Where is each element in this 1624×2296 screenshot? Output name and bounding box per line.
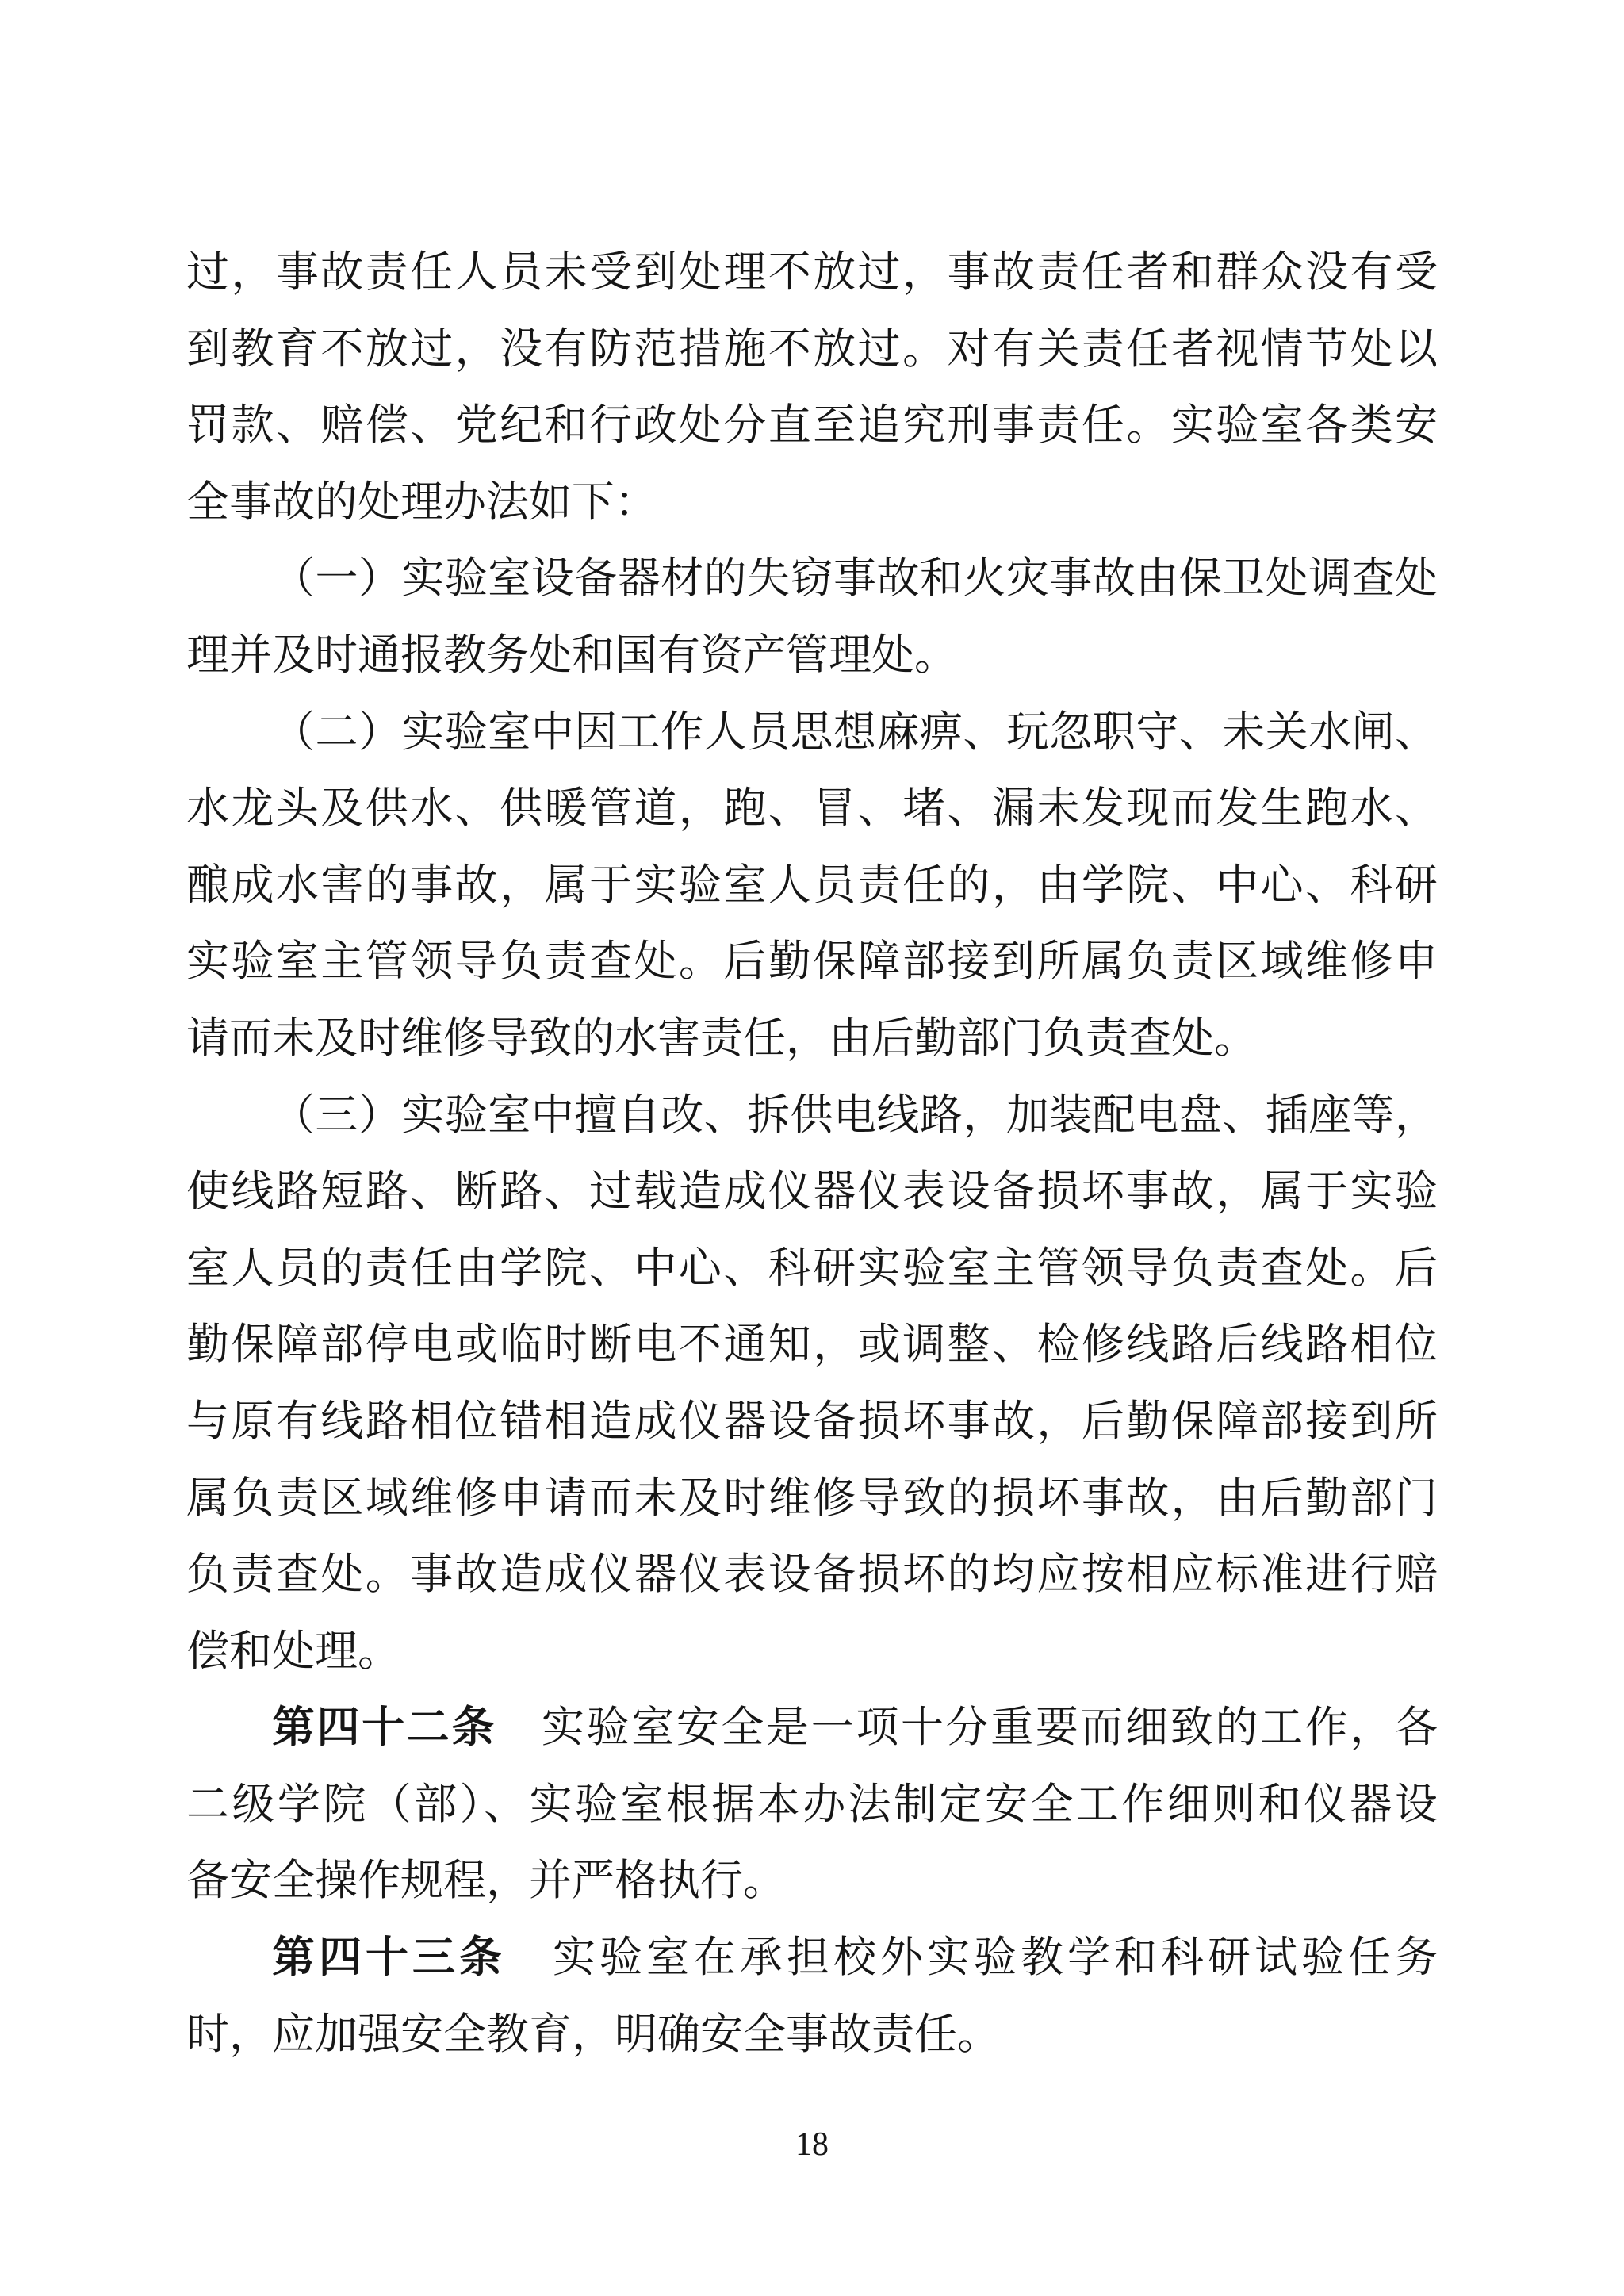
text-line: 室人员的责任由学院、中心、科研实验室主管领导负责查处。后 [186,1230,1438,1307]
text-line: 使线路短路、断路、过载造成仪器仪表设备损坏事故，属于实验 [186,1153,1438,1230]
page-number: 18 [0,2125,1624,2164]
text-line: 全事故的处理办法如下： [186,464,1438,541]
text-line: 理并及时通报教务处和国有资产管理处。 [186,617,1438,694]
text-run: 偿和处理。 [186,1627,400,1675]
text-line: 请而未及时维修导致的水害责任，由后勤部门负责查处。 [186,1000,1438,1077]
text-run: 水龙头及供水、供暖管道，跑、冒、堵、漏未发现而发生跑水、 [186,784,1438,832]
text-run: 勤保障部停电或临时断电不通知，或调整、检修线路后线路相位 [186,1320,1438,1368]
text-run: 使线路短路、断路、过载造成仪器仪表设备损坏事故，属于实验 [186,1167,1438,1215]
text-line: 属负责区域维修申请而未及时维修导致的损坏事故，由后勤部门 [186,1460,1438,1537]
text-line: （二）实验室中因工作人员思想麻痹、玩忽职守、未关水闸、 [186,694,1438,771]
text-run: （一）实验室设备器材的失窃事故和火灾事故由保卫处调查处 [272,554,1438,602]
text-run: 时，应加强安全教育，明确安全事故责任。 [186,2010,1000,2058]
text-line: 时，应加强安全教育，明确安全事故责任。 [186,1996,1438,2073]
text-run: 室人员的责任由学院、中心、科研实验室主管领导负责查处。后 [186,1244,1438,1292]
text-run: 属负责区域维修申请而未及时维修导致的损坏事故，由后勤部门 [186,1474,1438,1522]
text-line: （一）实验室设备器材的失窃事故和火灾事故由保卫处调查处 [186,540,1438,617]
text-line: （三）实验室中擅自改、拆供电线路，加装配电盘、插座等， [186,1077,1438,1154]
article-number: 第四十三条 [272,1934,506,1981]
text-run: 酿成水害的事故，属于实验室人员责任的，由学院、中心、科研 [186,861,1438,909]
text-run: 与原有线路相位错相造成仪器设备损坏事故，后勤保障部接到所 [186,1397,1438,1445]
text-line: 罚款、赔偿、党纪和行政处分直至追究刑事责任。实验室各类安 [186,387,1438,464]
article-number: 第四十二条 [272,1704,496,1751]
text-run: 过，事故责任人员未受到处理不放过，事故责任者和群众没有受 [186,248,1438,296]
text-line: 过，事故责任人员未受到处理不放过，事故责任者和群众没有受 [186,234,1438,311]
text-run: 实验室在承担校外实验教学和科研试验任务 [506,1934,1438,1981]
text-line: 负责查处。事故造成仪器仪表设备损坏的均应按相应标准进行赔 [186,1536,1438,1613]
text-line: 勤保障部停电或临时断电不通知，或调整、检修线路后线路相位 [186,1306,1438,1383]
text-run: 负责查处。事故造成仪器仪表设备损坏的均应按相应标准进行赔 [186,1550,1438,1598]
text-line: 实验室主管领导负责查处。后勤保障部接到所属负责区域维修申 [186,923,1438,1000]
text-line: 第四十二条 实验室安全是一项十分重要而细致的工作，各 [186,1689,1438,1766]
text-block: 过，事故责任人员未受到处理不放过，事故责任者和群众没有受到教育不放过，没有防范措… [186,234,1438,2072]
text-run: （三）实验室中擅自改、拆供电线路，加装配电盘、插座等， [272,1091,1438,1139]
text-line: 与原有线路相位错相造成仪器设备损坏事故，后勤保障部接到所 [186,1383,1438,1460]
text-run: 理并及时通报教务处和国有资产管理处。 [186,631,957,679]
text-run: 请而未及时维修导致的水害责任，由后勤部门负责查处。 [186,1014,1257,1062]
text-run: 全事故的处理办法如下： [186,478,657,526]
text-run: （二）实验室中因工作人员思想麻痹、玩忽职守、未关水闸、 [272,708,1438,756]
text-run: 二级学院（部）、实验室根据本办法制定安全工作细则和仪器设 [186,1780,1438,1828]
text-run: 实验室安全是一项十分重要而细致的工作，各 [496,1704,1438,1751]
document-page: 过，事故责任人员未受到处理不放过，事故责任者和群众没有受到教育不放过，没有防范措… [0,0,1624,2296]
text-line: 二级学院（部）、实验室根据本办法制定安全工作细则和仪器设 [186,1766,1438,1843]
text-line: 酿成水害的事故，属于实验室人员责任的，由学院、中心、科研 [186,847,1438,924]
text-line: 水龙头及供水、供暖管道，跑、冒、堵、漏未发现而发生跑水、 [186,770,1438,847]
text-run: 罚款、赔偿、党纪和行政处分直至追究刑事责任。实验室各类安 [186,401,1438,449]
text-line: 备安全操作规程，并严格执行。 [186,1842,1438,1919]
text-line: 到教育不放过，没有防范措施不放过。对有关责任者视情节处以 [186,311,1438,388]
text-run: 到教育不放过，没有防范措施不放过。对有关责任者视情节处以 [186,325,1438,373]
text-run: 实验室主管领导负责查处。后勤保障部接到所属负责区域维修申 [186,937,1438,985]
text-line: 偿和处理。 [186,1613,1438,1690]
text-line: 第四十三条 实验室在承担校外实验教学和科研试验任务 [186,1919,1438,1996]
text-run: 备安全操作规程，并严格执行。 [186,1857,786,1904]
